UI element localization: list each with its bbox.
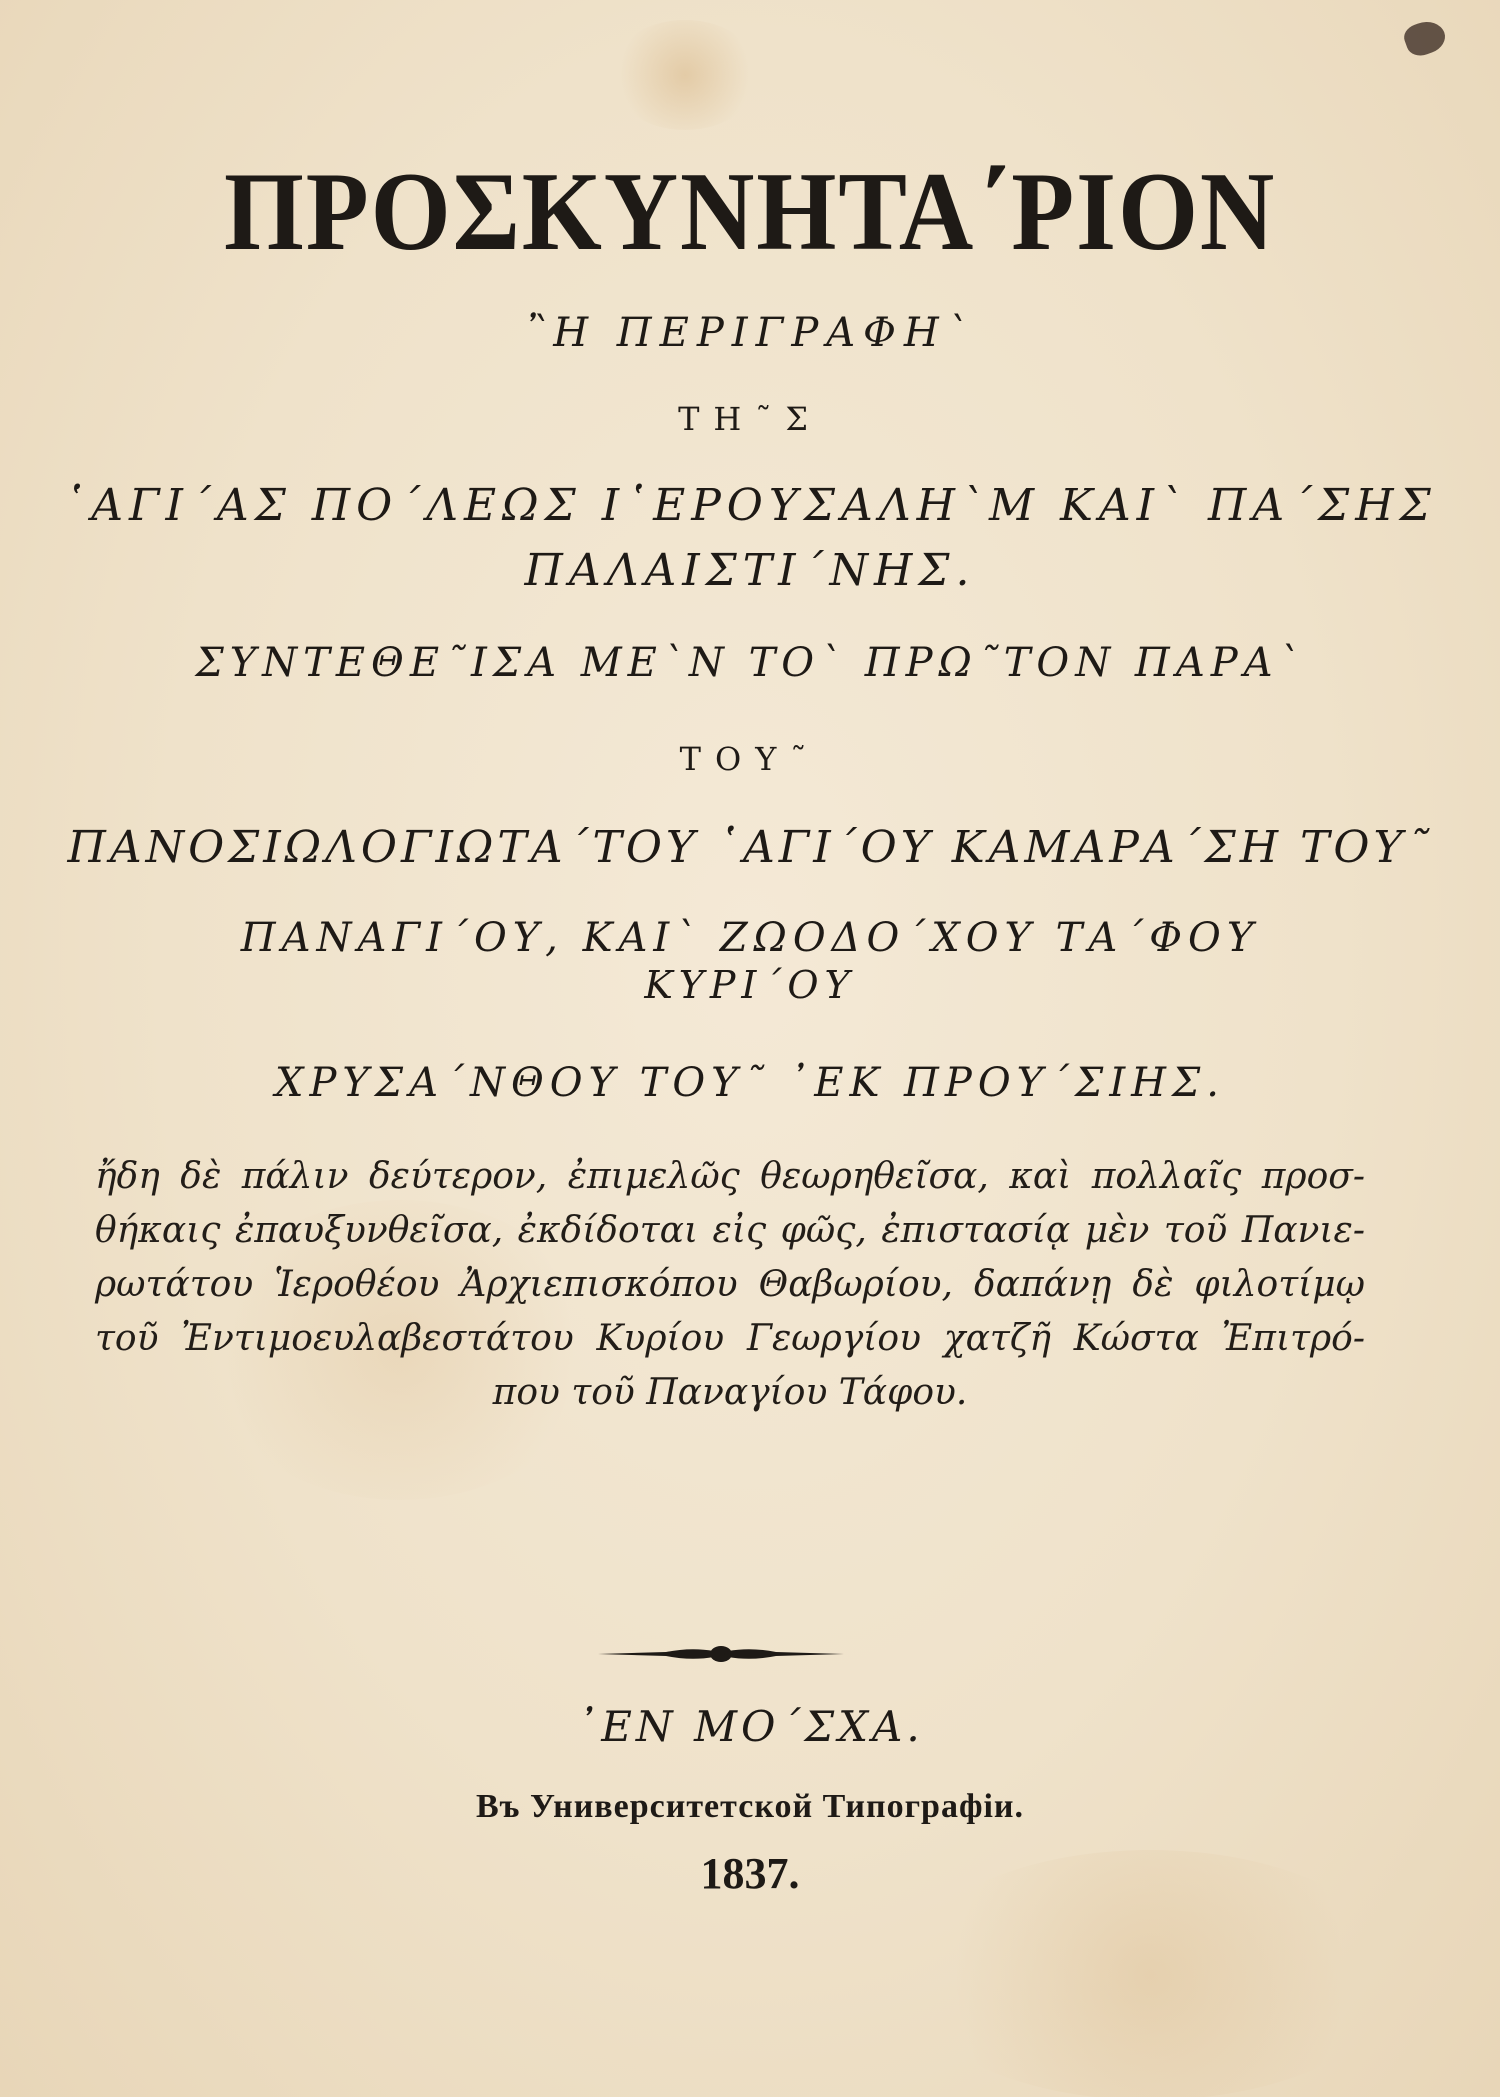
author-line: ΠΑΝΟΣΙΩΛΟΓΙΩΤΑ΄ΤΟΥ ῾ΑΓΙ΄ΟΥ ΚΑΜΑΡΑ΄ΣΗ ΤΟΥ…	[0, 822, 1500, 873]
imprint-press: Въ Университетской Типографіи.	[0, 1788, 1500, 1826]
paragraph-line: τοῦ Ἐντιμοευλαβεστάτου Κυρίου Γεωργίου χ…	[95, 1312, 1365, 1366]
subtitle-line: ΤΟΥ῀	[0, 740, 1500, 778]
paragraph-line: ἤδη δὲ πάλιν δεύτερον, ἐπιμελῶς θεωρηθεῖ…	[95, 1150, 1365, 1204]
subtitle-line: ΣΥΝΤΕΘΕ῀ΙΣΑ ΜΕ`Ν ΤΟ` ΠΡΩ῀ΤΟΝ ΠΑΡΑ`	[0, 640, 1500, 686]
subtitle-line: ΤΗ῀Σ	[0, 400, 1500, 438]
paper-stain	[610, 20, 760, 130]
author-line: ΠΑΝΑΓΙ΄ΟΥ, ΚΑΙ` ΖΩΟΔΟ΄ΧΟΥ ΤΑ΄ΦΟΥ	[0, 915, 1500, 961]
imprint-year: 1837.	[0, 1848, 1500, 1899]
paragraph-line: ρωτάτου Ἱεροθέου Ἀρχιεπισκόπου Θαβωρίου,…	[95, 1258, 1365, 1312]
paragraph-line: θήκαις ἐπαυξυνθεῖσα, ἐκδίδοται εἰς φῶς, …	[95, 1204, 1365, 1258]
ink-blot	[1401, 16, 1450, 60]
subtitle-line: ΠΑΛΑΙΣΤΙ΄ΝΗΣ.	[0, 545, 1500, 596]
paragraph-line: που τοῦ Παναγίου Τάφου.	[95, 1366, 1365, 1420]
subtitle-line: ῍Η ΠΕΡΙΓΡΑΦΗ`	[0, 310, 1500, 356]
ornament-rule-icon	[596, 1645, 846, 1663]
edition-paragraph: ἤδη δὲ πάλιν δεύτερον, ἐπιμελῶς θεωρηθεῖ…	[95, 1150, 1365, 1420]
author-line: ΚΥΡΙ΄ΟΥ	[0, 963, 1500, 1007]
subtitle-line: ῾ΑΓΙ΄ΑΣ ΠΟ΄ΛΕΩΣ Ι῾ΕΡΟΥΣΑΛΗ`Μ ΚΑΙ` ΠΑ΄ΣΗΣ	[0, 480, 1500, 531]
book-title-page: ΠΡΟΣΚΥΝΗΤΑ΄ΡΙΟΝ ῍Η ΠΕΡΙΓΡΑΦΗ` ΤΗ῀Σ ῾ΑΓΙ΄…	[0, 0, 1500, 2097]
imprint-place: ᾿ΕΝ ΜΟ΄ΣΧΑ.	[0, 1702, 1500, 1751]
author-name: ΧΡΥΣΑ΄ΝΘΟΥ ΤΟΥ῀ ᾿ΕΚ ΠΡΟΥ΄ΣΙΗΣ.	[0, 1060, 1500, 1106]
main-title: ΠΡΟΣΚΥΝΗΤΑ΄ΡΙΟΝ	[60, 148, 1440, 277]
